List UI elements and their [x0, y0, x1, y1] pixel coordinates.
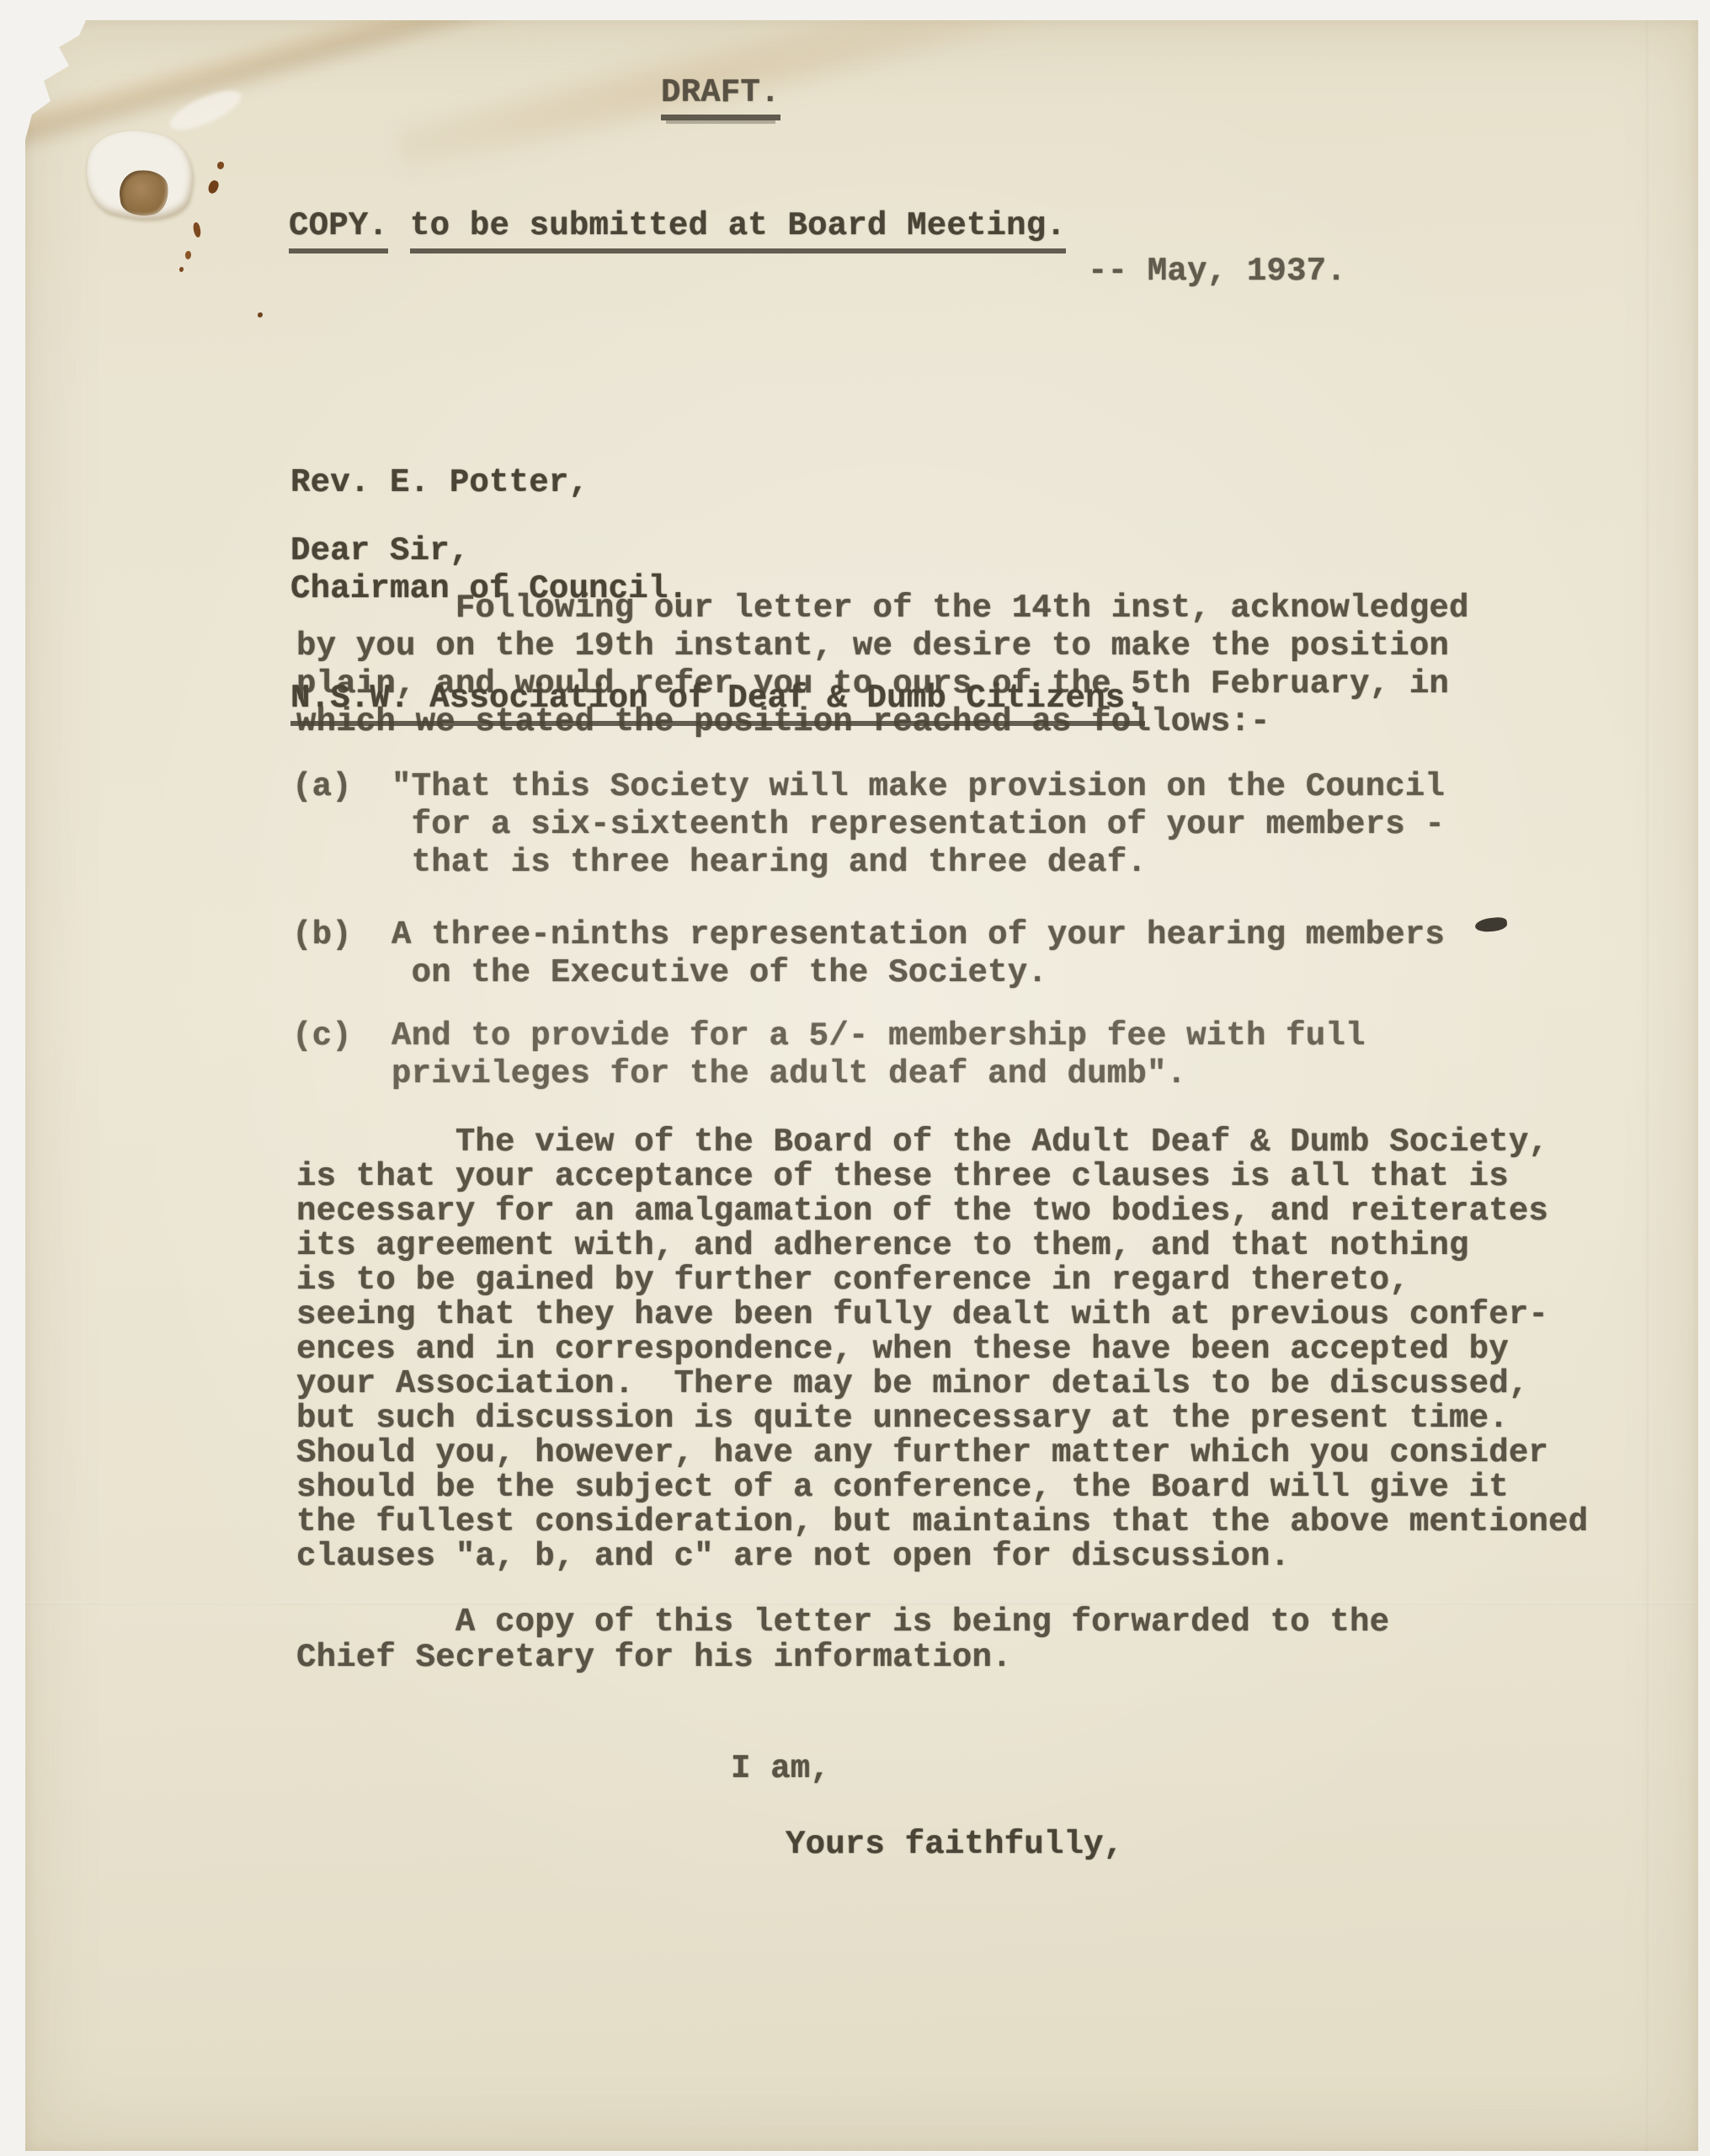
paragraph-3: A copy of this letter is being forwarded… [296, 1604, 1389, 1675]
rust-speck [207, 179, 220, 195]
clause-c-label: (c) [292, 1017, 352, 1055]
draft-heading: DRAFT. [661, 74, 780, 111]
copy-heading: COPY.to be submitted at Board Meeting. [289, 207, 1066, 244]
closing-yours-faithfully: Yours faithfully, [786, 1826, 1123, 1863]
rust-speck [258, 312, 263, 318]
paragraph-2: The view of the Board of the Adult Deaf … [296, 1125, 1588, 1574]
rust-speck [217, 162, 224, 169]
clause-a-label: (a) [292, 768, 352, 806]
copy-heading-text: to be submitted at Board Meeting. [410, 207, 1066, 253]
closing-i-am: I am, [731, 1750, 830, 1787]
scanned-letter-page: { "document": { "draft_label": "DRAFT.",… [0, 0, 1710, 2156]
recipient-name: Rev. E. Potter, [290, 465, 1145, 500]
clause-b-label: (b) [292, 916, 352, 954]
salutation: Dear Sir, [290, 532, 469, 569]
date-line: -- May, 1937. [1088, 253, 1346, 290]
draft-heading-text: DRAFT. [661, 74, 780, 120]
paper-fold-right [1647, 20, 1649, 2151]
clause-b-text: A three-ninths representation of your he… [392, 916, 1445, 992]
rust-speck [179, 267, 184, 272]
rust-speck [185, 251, 191, 259]
rust-speck [192, 221, 202, 237]
clause-a-text: "That this Society will make provision o… [392, 768, 1445, 882]
paragraph-1: Following our letter of the 14th inst, a… [296, 590, 1469, 741]
clause-c-text: And to provide for a 5/- membership fee … [392, 1017, 1366, 1093]
copy-label: COPY. [289, 207, 388, 253]
